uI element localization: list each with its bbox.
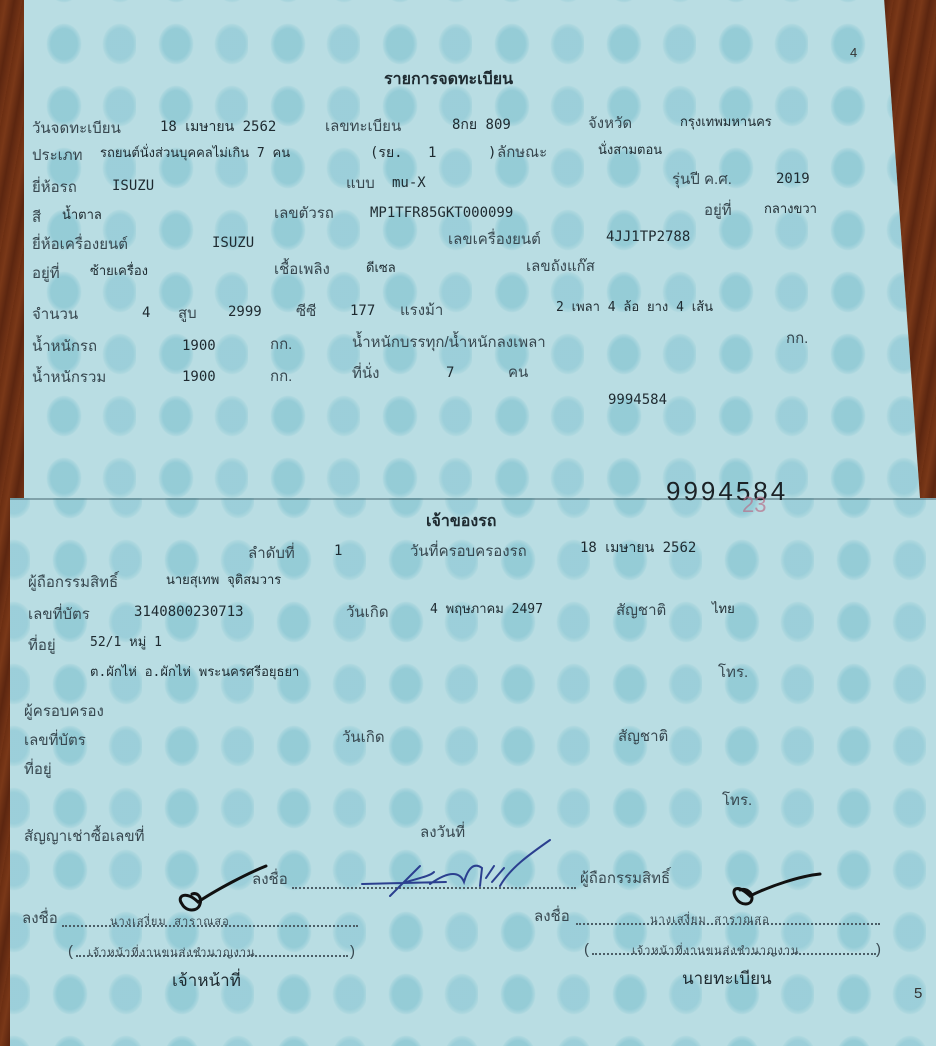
seats: 7 bbox=[446, 366, 454, 380]
lease-contract-label: สัญญาเช่าซื้อเลขที่ bbox=[24, 829, 145, 844]
chassis-label: เลขตัวรถ bbox=[274, 206, 334, 221]
hp-unit: แรงม้า bbox=[400, 303, 443, 318]
address-label: ที่อยู่ bbox=[28, 638, 56, 653]
address-line-2: ต.ผักไห่ อ.ผักไห่ พระนครศรีอยุธยา bbox=[90, 666, 299, 679]
weight-unit: กก. bbox=[270, 337, 292, 352]
page-number-bottom: 5 bbox=[914, 986, 922, 1001]
officer-paren-open: ( bbox=[68, 944, 73, 959]
cylinders-label: จำนวน bbox=[32, 307, 78, 322]
holder-name: นายสุเทพ จุติสมวาร bbox=[166, 574, 281, 587]
registrar-initial-signature-icon bbox=[730, 866, 830, 916]
serial-number: 9994584 bbox=[666, 478, 788, 504]
color-label: สี bbox=[32, 210, 41, 225]
type-code-open: (รย. bbox=[370, 146, 403, 160]
registrar-paren-close: ) bbox=[876, 942, 881, 957]
officer-sign-label: ลงชื่อ bbox=[22, 911, 58, 926]
possessor-dob-label: วันเกิด bbox=[342, 730, 385, 745]
gross-weight-label: น้ำหนักรวม bbox=[32, 370, 106, 385]
registration-title: รายการจดทะเบียน bbox=[384, 72, 513, 88]
gas-tank-label: เลขถังแก๊ส bbox=[526, 259, 595, 274]
cc-unit: ซีซี bbox=[296, 304, 316, 319]
model-label: แบบ bbox=[346, 176, 375, 191]
type-label: ประเภท bbox=[32, 148, 83, 163]
officer-role: เจ้าหน้าที่ bbox=[172, 972, 241, 989]
registrar-paren-open: ( bbox=[584, 942, 589, 957]
date-of-birth: 4 พฤษภาคม 2497 bbox=[430, 603, 543, 616]
possessor-label: ผู้ครอบครอง bbox=[24, 704, 104, 719]
document-number: 9994584 bbox=[608, 393, 667, 407]
id-card-label: เลขที่บัตร bbox=[28, 607, 90, 622]
gross-weight: 1900 bbox=[182, 370, 216, 384]
holder-signature-icon bbox=[360, 838, 560, 908]
nationality: ไทย bbox=[712, 603, 735, 616]
plate-label: เลขทะเบียน bbox=[325, 119, 401, 134]
engine-brand: ISUZU bbox=[212, 236, 254, 250]
cylinders: 4 bbox=[142, 306, 150, 320]
horsepower: 177 bbox=[350, 304, 375, 318]
owner-section-title: เจ้าของรถ bbox=[426, 514, 496, 530]
holder-label: ผู้ถือกรรมสิทธิ์ bbox=[28, 575, 118, 590]
registrar-role: นายทะเบียน bbox=[682, 970, 772, 987]
cylinders-unit: สูบ bbox=[178, 306, 197, 321]
engine-number: 4JJ1TP2788 bbox=[606, 230, 690, 244]
plate-number: 8กย 809 bbox=[452, 118, 511, 132]
axles-wheels: 2 เพลา 4 ล้อ ยาง 4 เส้น bbox=[556, 301, 713, 314]
dob-label: วันเกิด bbox=[346, 605, 389, 620]
displacement-cc: 2999 bbox=[228, 305, 262, 319]
registrar-position-stamp: เจ้าหน้าที่งานขนส่งชำนาญงาน bbox=[632, 945, 800, 956]
possessor-phone-label: โทร. bbox=[722, 793, 752, 808]
engine-location: ซ้ายเครื่อง bbox=[90, 265, 148, 278]
chassis-location: กลางขวา bbox=[764, 203, 817, 216]
model-year: 2019 bbox=[776, 172, 810, 186]
address-line-1: 52/1 หมู่ 1 bbox=[90, 636, 162, 649]
registrar-sign-label: ลงชื่อ bbox=[534, 909, 570, 924]
officer-paren-close: ) bbox=[350, 944, 355, 959]
reg-date: 18 เมษายน 2562 bbox=[160, 120, 276, 134]
load-weight-label: น้ำหนักบรรทุก/น้ำหนักลงเพลา bbox=[352, 335, 546, 350]
reg-date-label: วันจดทะเบียน bbox=[32, 121, 121, 136]
page-number-top: 4 bbox=[850, 46, 857, 59]
possessor-id-label: เลขที่บัตร bbox=[24, 733, 86, 748]
serial-stamp: 23 bbox=[742, 494, 766, 516]
brand-label: ยี่ห้อรถ bbox=[32, 180, 77, 195]
holder-role: ผู้ถือกรรมสิทธิ์ bbox=[580, 871, 670, 886]
sequence-label: ลำดับที่ bbox=[248, 546, 295, 561]
vehicle-type: รถยนต์นั่งส่วนบุคคลไม่เกิน 7 คน bbox=[100, 147, 290, 160]
brand: ISUZU bbox=[112, 179, 154, 193]
page-fold-line bbox=[10, 498, 936, 500]
sequence-number: 1 bbox=[334, 544, 342, 558]
engine-number-label: เลขเครื่องยนต์ bbox=[448, 232, 541, 247]
engine-location-label: อยู่ที่ bbox=[32, 266, 60, 281]
phone-label: โทร. bbox=[718, 665, 748, 680]
fuel-label: เชื้อเพลิง bbox=[274, 262, 330, 277]
engine-brand-label: ยี่ห้อเครื่องยนต์ bbox=[32, 237, 128, 252]
possession-date-label: วันที่ครอบครองรถ bbox=[410, 544, 527, 559]
id-card-number: 3140800230713 bbox=[134, 605, 244, 619]
chassis-number: MP1TFR85GKT000099 bbox=[370, 206, 513, 220]
officer-name-stamp: นางเสงี่ยม สาราณสอ bbox=[110, 916, 230, 927]
model: mu-X bbox=[392, 176, 426, 190]
vehicle-color: น้ำตาล bbox=[62, 209, 102, 222]
province: กรุงเทพมหานคร bbox=[680, 116, 772, 129]
body-style: นั่งสามตอน bbox=[598, 144, 662, 157]
province-label: จังหวัด bbox=[588, 116, 632, 131]
year-label: รุ่นปี ค.ศ. bbox=[672, 172, 732, 187]
body-label: ลักษณะ bbox=[497, 145, 547, 160]
registrar-name-stamp: นางเสงี่ยม สาราณสอ bbox=[650, 914, 770, 925]
officer-position-stamp: เจ้าหน้าที่งานขนส่งชำนาญงาน bbox=[88, 947, 256, 958]
weight-label: น้ำหนักรถ bbox=[32, 339, 97, 354]
chassis-location-label: อยู่ที่ bbox=[704, 203, 732, 218]
nationality-label: สัญชาติ bbox=[616, 603, 666, 618]
possession-date: 18 เมษายน 2562 bbox=[580, 541, 696, 555]
possessor-address-label: ที่อยู่ bbox=[24, 762, 52, 777]
load-weight-unit: กก. bbox=[786, 331, 808, 346]
possessor-nationality-label: สัญชาติ bbox=[618, 729, 668, 744]
officer-initial-signature-icon bbox=[176, 860, 276, 920]
gross-weight-unit: กก. bbox=[270, 369, 292, 384]
vehicle-weight: 1900 bbox=[182, 339, 216, 353]
seats-label: ที่นั่ง bbox=[352, 366, 379, 381]
type-code: 1 bbox=[428, 146, 436, 160]
type-code-close: ) bbox=[488, 146, 496, 160]
seats-unit: คน bbox=[508, 365, 528, 380]
fuel-type: ดีเซล bbox=[366, 262, 396, 275]
owner-page bbox=[10, 498, 936, 1046]
